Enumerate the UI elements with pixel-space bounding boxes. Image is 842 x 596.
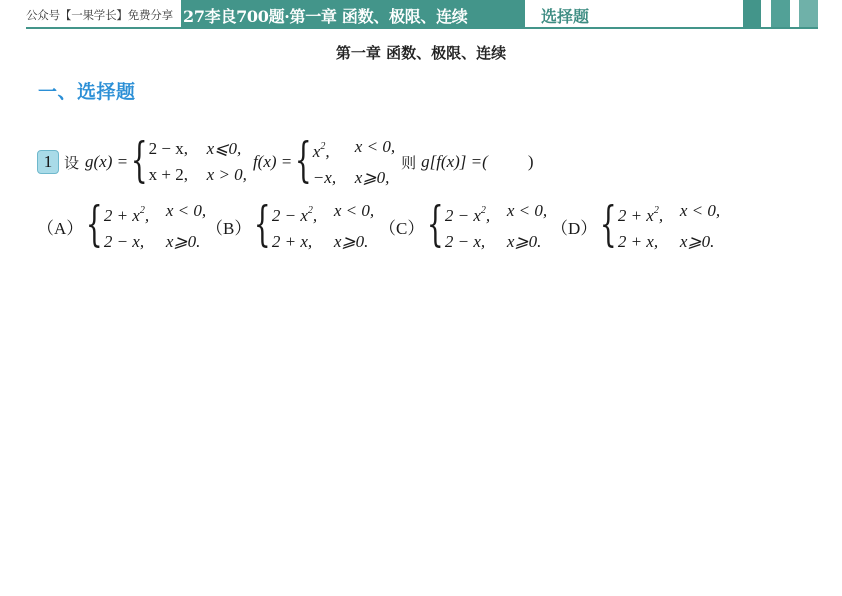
left-brace: {	[600, 200, 617, 248]
option-c-label: （C）	[379, 214, 424, 239]
opt-b-1-tail: ,	[313, 206, 317, 225]
chapter-title: 第一章 函数、极限、连续	[0, 42, 842, 63]
g-case-2-cond: x > 0,	[207, 162, 247, 188]
g-definition: g(x) =	[85, 152, 128, 172]
option-d-cases: 2 + x2,x < 0, 2 + x,x⩾0.	[618, 198, 720, 255]
option-d[interactable]: （D） { 2 + x2,x < 0, 2 + x,x⩾0.	[551, 198, 720, 254]
opt-b-2-expr: 2 + x,	[272, 229, 334, 255]
g-cases: 2 − x,x⩽0, x + 2,x > 0,	[149, 136, 247, 188]
option-b[interactable]: （B） { 2 − x2,x < 0, 2 + x,x⩾0.	[206, 198, 374, 254]
opt-d-1-cond: x < 0,	[680, 198, 720, 229]
left-brace: {	[131, 136, 148, 184]
opt-c-2-cond: x⩾0.	[507, 229, 542, 255]
section-title: 一、选择题	[38, 77, 136, 104]
g-case-1-cond: x⩽0,	[207, 136, 242, 162]
left-brace: {	[295, 136, 312, 184]
option-c-cases: 2 − x2,x < 0, 2 − x,x⩾0.	[445, 198, 547, 255]
left-brace: {	[254, 200, 271, 248]
left-brace: {	[86, 200, 103, 248]
header-rule	[26, 27, 818, 29]
f-case-1-cond: x < 0,	[355, 134, 395, 165]
opt-b-1-cond: x < 0,	[334, 198, 374, 229]
f-definition: f(x) =	[253, 152, 292, 172]
opt-a-1-cond: x < 0,	[166, 198, 206, 229]
answer-blank-close: )	[528, 152, 534, 172]
opt-b-1-expr: 2 − x	[272, 206, 308, 225]
option-a-cases: 2 + x2,x < 0, 2 − x,x⩾0.	[104, 198, 206, 255]
option-b-cases: 2 − x2,x < 0, 2 + x,x⩾0.	[272, 198, 374, 255]
header-title: 27李良700题·第一章 函数、极限、连续	[183, 4, 468, 27]
header-decor-bar-3	[799, 0, 818, 27]
left-brace: {	[427, 200, 444, 248]
opt-c-2-expr: 2 − x,	[445, 229, 507, 255]
opt-d-1-expr: 2 + x	[618, 206, 654, 225]
option-d-label: （D）	[551, 214, 597, 239]
opt-a-1-tail: ,	[145, 206, 149, 225]
f-case-2-cond: x⩾0,	[355, 165, 390, 191]
option-c[interactable]: （C） { 2 − x2,x < 0, 2 − x,x⩾0.	[379, 198, 547, 254]
opt-c-1-expr: 2 − x	[445, 206, 481, 225]
question-1: 1 设 g(x) = { 2 − x,x⩽0, x + 2,x > 0, f(x…	[37, 132, 533, 192]
question-ask: g[f(x)] =(	[421, 152, 488, 172]
opt-b-2-cond: x⩾0.	[334, 229, 369, 255]
opt-a-2-cond: x⩾0.	[166, 229, 201, 255]
opt-d-1-tail: ,	[659, 206, 663, 225]
f-cases: x2,x < 0, −x,x⩾0,	[313, 134, 395, 191]
opt-d-2-expr: 2 + x,	[618, 229, 680, 255]
header-decor-bar-2	[771, 0, 790, 27]
f-case-1-tail: ,	[325, 142, 329, 161]
question-then: 则	[401, 152, 416, 173]
question-number-badge: 1	[37, 150, 59, 174]
opt-a-1-expr: 2 + x	[104, 206, 140, 225]
option-a[interactable]: （A） { 2 + x2,x < 0, 2 − x,x⩾0.	[37, 198, 206, 254]
opt-d-2-cond: x⩾0.	[680, 229, 715, 255]
f-case-2-expr: −x,	[313, 165, 355, 191]
question-intro: 设	[64, 152, 79, 173]
header-source-note: 公众号【一果学长】免费分享	[26, 7, 173, 23]
header-decor-bar-1	[743, 0, 761, 27]
g-case-1-expr: 2 − x,	[149, 136, 207, 162]
option-b-label: （B）	[206, 214, 251, 239]
option-a-label: （A）	[37, 214, 83, 239]
opt-a-2-expr: 2 − x,	[104, 229, 166, 255]
opt-c-1-tail: ,	[486, 206, 490, 225]
opt-c-1-cond: x < 0,	[507, 198, 547, 229]
header-section-tag: 选择题	[541, 4, 589, 27]
g-case-2-expr: x + 2,	[149, 162, 207, 188]
